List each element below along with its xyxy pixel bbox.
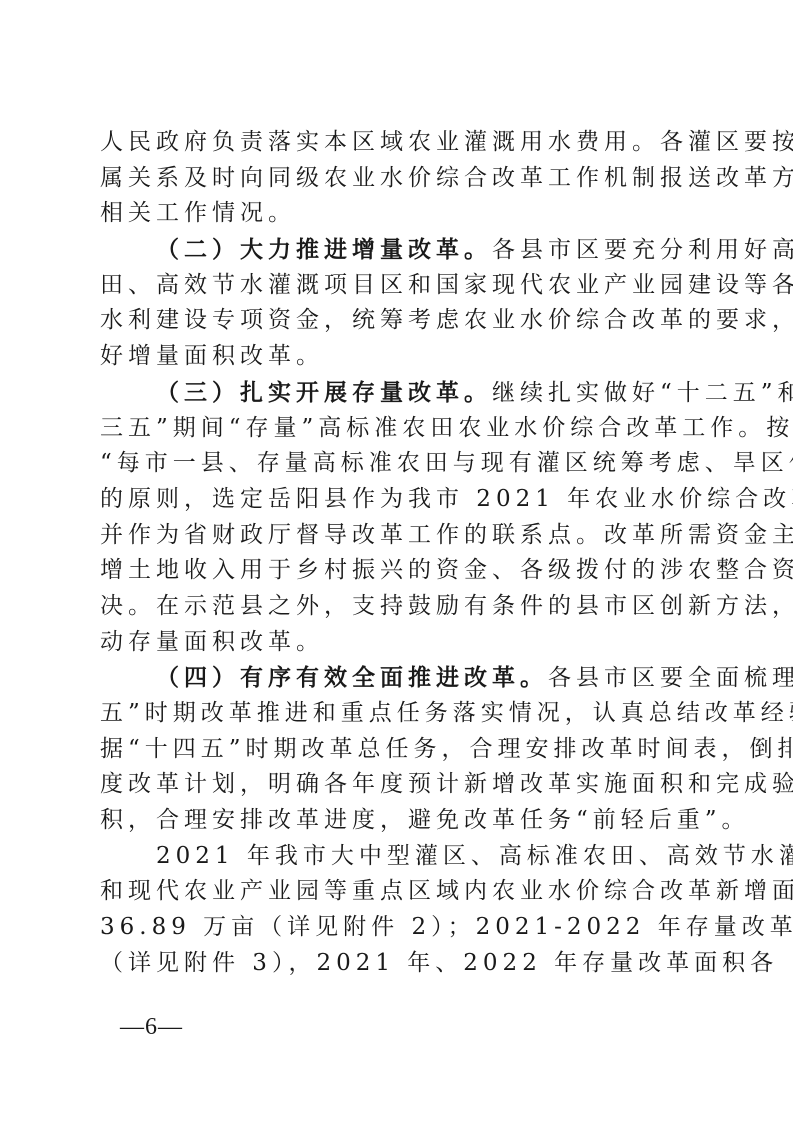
text-line: “每市一县、存量高标准农田与现有灌区统筹考虑、旱区优先” bbox=[100, 446, 700, 482]
section-heading-4: （四）有序有效全面推进改革。 bbox=[156, 664, 548, 691]
text-line: 2021 年我市大中型灌区、高标准农田、高效节水灌溉项目区 bbox=[100, 839, 700, 875]
paragraph-4: （四）有序有效全面推进改革。各县市区要全面梳理“十三 五”时期改革推进和重点任务… bbox=[100, 660, 700, 838]
text-line: 水利建设专项资金，统筹考虑农业水价综合改革的要求，扎实做 bbox=[100, 303, 700, 339]
text-line: 的原则，选定岳阳县作为我市 2021 年农业水价综合改革示范县， bbox=[100, 482, 700, 518]
text-run: 各县市区要全面梳理“十三 bbox=[548, 665, 793, 691]
paragraph-5: 2021 年我市大中型灌区、高标准农田、高效节水灌溉项目区 和现代农业产业园等重… bbox=[100, 839, 700, 982]
text-line: 36.89 万亩（详见附件 2）；2021-2022 年存量改革总面积 29 万… bbox=[100, 910, 700, 946]
text-line: 动存量面积改革。 bbox=[100, 625, 700, 661]
text-line: （详见附件 3），2021 年、2022 年存量改革面积各 14.5 万亩。 bbox=[100, 946, 700, 982]
text-line: （三）扎实开展存量改革。继续扎实做好“十二五”和“十 bbox=[100, 375, 700, 411]
paragraph-3: （三）扎实开展存量改革。继续扎实做好“十二五”和“十 三五”期间“存量”高标准农… bbox=[100, 375, 700, 661]
text-line: 三五”期间“存量”高标准农田农业水价综合改革工作。按照 bbox=[100, 411, 700, 447]
text-line: （四）有序有效全面推进改革。各县市区要全面梳理“十三 bbox=[100, 660, 700, 696]
text-line: 好增量面积改革。 bbox=[100, 339, 700, 375]
text-line: 和现代农业产业园等重点区域内农业水价综合改革新增面积 bbox=[100, 874, 700, 910]
text-line: 相关工作情况。 bbox=[100, 196, 700, 232]
text-line: （二）大力推进增量改革。各县市区要充分利用好高标准农 bbox=[100, 232, 700, 268]
text-run: 继续扎实做好“十二五”和“十 bbox=[492, 380, 793, 406]
text-line: 据“十四五”时期改革总任务，合理安排改革时间表，倒排各年 bbox=[100, 732, 700, 768]
paragraph-2: （二）大力推进增量改革。各县市区要充分利用好高标准农 田、高效节水灌溉项目区和国… bbox=[100, 232, 700, 375]
text-line: 田、高效节水灌溉项目区和国家现代农业产业园建设等各类农田 bbox=[100, 268, 700, 304]
document-page: 人民政府负责落实本区域农业灌溉用水费用。各灌区要按行政隶 属关系及时向同级农业水… bbox=[100, 125, 700, 982]
page-number: —6— bbox=[120, 1014, 183, 1041]
section-heading-2: （二）大力推进增量改革。 bbox=[156, 236, 492, 263]
text-line: 五”时期改革推进和重点任务落实情况，认真总结改革经验，根 bbox=[100, 696, 700, 732]
text-run: 各县市区要充分利用好高标准农 bbox=[492, 237, 793, 263]
section-heading-3: （三）扎实开展存量改革。 bbox=[156, 379, 492, 406]
text-line: 度改革计划，明确各年度预计新增改革实施面积和完成验收面 bbox=[100, 767, 700, 803]
text-line: 人民政府负责落实本区域农业灌溉用水费用。各灌区要按行政隶 bbox=[100, 125, 700, 161]
text-line: 增土地收入用于乡村振兴的资金、各级拨付的涉农整合资金中解 bbox=[100, 553, 700, 589]
text-line: 积，合理安排改革进度，避免改革任务“前轻后重”。 bbox=[100, 803, 700, 839]
paragraph-1: 人民政府负责落实本区域农业灌溉用水费用。各灌区要按行政隶 属关系及时向同级农业水… bbox=[100, 125, 700, 232]
text-line: 属关系及时向同级农业水价综合改革工作机制报送改革方案及 bbox=[100, 161, 700, 197]
text-line: 决。在示范县之外，支持鼓励有条件的县市区创新方法，主动推 bbox=[100, 589, 700, 625]
text-line: 并作为省财政厅督导改革工作的联系点。改革所需资金主要从新 bbox=[100, 518, 700, 554]
